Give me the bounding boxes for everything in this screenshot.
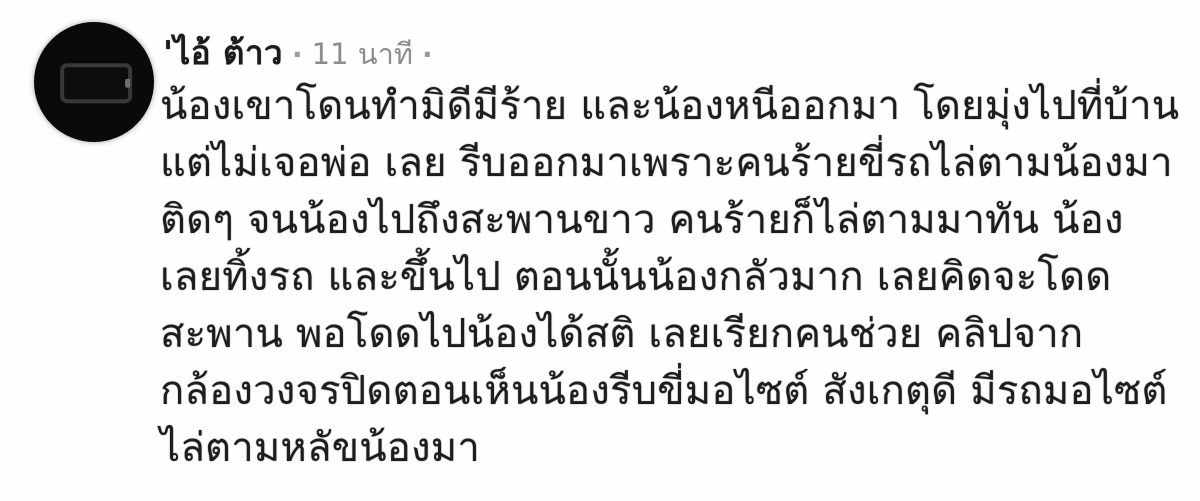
post-text-line: น้องเขาโดนทำมิดีมีร้าย และน้องหนีออกมา โ… bbox=[160, 78, 1195, 135]
post-timestamp[interactable]: 11 นาที bbox=[312, 31, 413, 77]
author-name[interactable]: 'ไอ้ ต้าว bbox=[163, 26, 283, 79]
post-text-line: ไล่ตามหลัขน้องมา bbox=[160, 420, 1195, 477]
post-header: 'ไอ้ ต้าว · 11 นาที · bbox=[163, 26, 433, 79]
post-text-line: เลยทิ้งรถ และขึ้นไป ตอนนั้นน้องกลัวมาก เ… bbox=[160, 249, 1195, 306]
post-text-line: แต่ไม่เจอพ่อ เลย รีบออกมาเพราะคนร้ายขี่ร… bbox=[160, 135, 1195, 192]
social-post: 'ไอ้ ต้าว · 11 นาที · น้องเขาโดนทำมิดีมี… bbox=[0, 0, 1200, 501]
post-text-line: สะพาน พอโดดไปน้องได้สติ เลยเรียกคนช่วย ค… bbox=[160, 306, 1195, 363]
battery-icon bbox=[60, 63, 132, 103]
post-body: น้องเขาโดนทำมิดีมีร้าย และน้องหนีออกมา โ… bbox=[160, 78, 1195, 477]
post-text-line: ติดๆ จนน้องไปถึงสะพานขาว คนร้ายก็ไล่ตามม… bbox=[160, 192, 1195, 249]
post-text-line: กล้องวงจรปิดตอนเห็นน้องรีบขี่มอไซต์ สังเ… bbox=[160, 363, 1195, 420]
profile-avatar[interactable] bbox=[34, 22, 154, 142]
separator-dot: · bbox=[422, 38, 433, 71]
separator-dot: · bbox=[292, 38, 303, 71]
